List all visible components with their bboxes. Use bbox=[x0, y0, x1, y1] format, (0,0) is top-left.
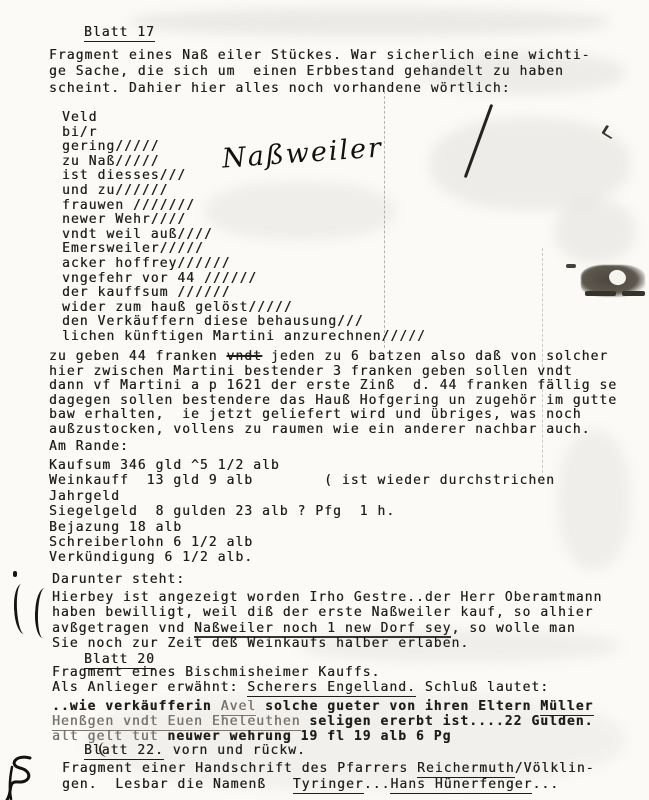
underlined-text: Tyringer bbox=[293, 777, 364, 794]
underlined-text: Hans Hünerfenger bbox=[390, 777, 532, 794]
text-segment: wider zum hauß gelöst///// bbox=[62, 300, 293, 315]
text-line: gen. Lesbar die Namenß Tyringer...Hans H… bbox=[62, 777, 595, 793]
text-segment: Hierbey ist angezeigt worden Irho Gestre… bbox=[52, 590, 602, 605]
text-segment: Schreiberlohn 6 1/2 alb bbox=[49, 535, 253, 550]
text-line: Schreiberlohn 6 1/2 alb bbox=[49, 535, 555, 550]
text-segment: frauwen /////// bbox=[62, 198, 195, 213]
text-segment: Sie noch zur Zeit deß Weinkaufs halber e… bbox=[52, 636, 469, 651]
scan-smudge-dash bbox=[566, 264, 576, 268]
margin-paren-mark bbox=[34, 588, 52, 639]
underlined-text: Blatt 17 bbox=[84, 25, 155, 42]
underlined-text: Reichermuth bbox=[417, 761, 515, 778]
heading-blatt-22: Blatt 22. vorn und rückw. bbox=[84, 743, 306, 758]
text-line: Sie noch zur Zeit deß Weinkaufs halber e… bbox=[52, 636, 602, 651]
text-line: haben bewilligt, weil diß der erste Naßw… bbox=[52, 605, 602, 620]
text-line: vndt weil auß//// bbox=[62, 228, 426, 243]
pfarrer-paragraph: Fragment einer Handschrift des Pfarrers … bbox=[62, 761, 595, 792]
text-segment: der kauffsum ////// bbox=[62, 285, 231, 300]
text-line: der kauffsum ////// bbox=[62, 286, 426, 301]
text-line: Emersweiler///// bbox=[62, 242, 426, 257]
struck-text: vndt bbox=[227, 349, 263, 364]
text-segment: zu Naß///// bbox=[62, 154, 160, 169]
text-segment: haben bewilligt, weil diß der erste Naßw… bbox=[52, 605, 593, 620]
text-segment: ge Sache, die sich um einen Erbbestand g… bbox=[49, 64, 564, 79]
text-line: Bejazung 18 alb bbox=[49, 520, 555, 535]
text-segment: Darunter steht: bbox=[52, 572, 185, 587]
text-segment: ..wie verkäufferin bbox=[52, 699, 221, 714]
text-segment: Kaufsum 346 gld ^5 1/2 alb bbox=[49, 458, 280, 473]
text-line: frauwen /////// bbox=[62, 199, 426, 214]
text-line: ..wie verkäufferin Avel solche gueter vo… bbox=[52, 699, 594, 714]
text-line: dann vf Martini a p 1621 der erste Zinß … bbox=[49, 379, 617, 394]
margin-ink-dot bbox=[13, 571, 17, 577]
text-line: ge Sache, die sich um einen Erbbestand g… bbox=[49, 64, 590, 80]
paper-stain bbox=[130, 8, 610, 36]
text-segment: hier zwischen Martini bestender 3 franke… bbox=[49, 364, 573, 379]
text-segment: Als Anlieger erwähnt: bbox=[52, 680, 247, 695]
text-segment: außzustocken, vollens zu raumen wie ein … bbox=[49, 422, 590, 437]
text-line: außzustocken, vollens zu raumen wie ein … bbox=[49, 423, 617, 438]
text-segment: Weinkauff 13 gld 9 alb ( ist wieder durc… bbox=[49, 473, 555, 488]
text-line: Blatt 22. vorn und rückw. bbox=[84, 743, 306, 758]
text-segment: jeden zu 6 batzen also daß von solcher bbox=[262, 349, 608, 364]
text-line: avßgetragen vnd Naßweiler noch 1 new Dor… bbox=[52, 621, 602, 636]
scan-smudge-bar bbox=[622, 291, 645, 296]
margin-paren-mark bbox=[13, 584, 32, 635]
text-line: Kaufsum 346 gld ^5 1/2 alb bbox=[49, 458, 555, 473]
text-line: Darunter steht: bbox=[52, 572, 185, 587]
text-line: newer Wehr//// bbox=[62, 213, 426, 228]
text-segment: Emersweiler///// bbox=[62, 241, 204, 256]
margin-costs-list: Kaufsum 346 gld ^5 1/2 albWeinkauff 13 g… bbox=[49, 458, 555, 566]
text-segment: gering///// bbox=[62, 139, 160, 154]
darunter-label: Darunter steht: bbox=[52, 572, 185, 587]
text-line: scheint. Dahier hier alles noch vorhande… bbox=[49, 81, 590, 97]
text-segment: vndt weil auß//// bbox=[62, 227, 213, 242]
text-segment: Am Rande: bbox=[49, 439, 129, 454]
scan-smudge-bar bbox=[585, 291, 616, 296]
text-line: Weinkauff 13 gld 9 alb ( ist wieder durc… bbox=[49, 473, 555, 488]
text-segment: Siegelgeld 8 gulden 23 alb ? Pfg 1 h. bbox=[49, 504, 395, 519]
text-line: Als Anlieger erwähnt: Scherers Engelland… bbox=[52, 681, 549, 696]
text-segment: avßgetragen vnd bbox=[52, 621, 194, 636]
text-segment: gen. Lesbar die Namenß bbox=[62, 777, 293, 792]
text-segment: vorn und rückw. bbox=[164, 743, 306, 758]
oberamtmann-note-paragraph: Hierbey ist angezeigt worden Irho Gestre… bbox=[52, 590, 602, 652]
text-line: Verkündigung 6 1/2 alb. bbox=[49, 550, 555, 565]
text-segment: Veld bbox=[62, 110, 98, 125]
text-segment: Fragment eines Naß eiler Stückes. War si… bbox=[49, 48, 590, 63]
text-line: Fragment eines Naß eiler Stückes. War si… bbox=[49, 48, 590, 64]
text-segment: Jahrgeld bbox=[49, 489, 120, 504]
text-segment: und zu////// bbox=[62, 183, 169, 198]
underlined-text: Scherers Engelland. bbox=[247, 680, 416, 697]
paper-stain bbox=[555, 200, 635, 262]
text-line: Henßgen vndt Euen Eheleuthen seligen ere… bbox=[52, 714, 594, 729]
text-segment: newer Wehr//// bbox=[62, 212, 186, 227]
kauf-paragraph: ..wie verkäufferin Avel solche gueter vo… bbox=[52, 699, 594, 745]
text-segment: Verkündigung 6 1/2 alb. bbox=[49, 550, 253, 565]
text-segment: vngefehr vor 44 ////// bbox=[62, 271, 257, 286]
text-segment: /Völklin- bbox=[515, 761, 595, 776]
text-segment: lichen künftigen Martini anzurechnen////… bbox=[62, 329, 426, 344]
text-line: Fragment eines Bischmisheimer Kauffs. bbox=[52, 666, 549, 681]
terms-paragraph: zu geben 44 franken vndt jeden zu 6 batz… bbox=[49, 350, 617, 437]
scanned-document-page: Blatt 17 Fragment eines Naß eiler Stücke… bbox=[0, 0, 649, 800]
paper-stain bbox=[558, 430, 630, 570]
heading-blatt-17: Blatt 17 bbox=[84, 25, 155, 40]
text-segment: zu geben 44 franken bbox=[49, 349, 227, 364]
bischmisheim-lines: Fragment eines Bischmisheimer Kauffs.Als… bbox=[52, 666, 549, 696]
text-segment: ... bbox=[532, 777, 559, 792]
text-line: Hierbey ist angezeigt worden Irho Gestre… bbox=[52, 590, 602, 605]
text-segment: ist diesses/// bbox=[62, 168, 186, 183]
text-line: lichen künftigen Martini anzurechnen////… bbox=[62, 330, 426, 345]
text-segment: seligen ererbt ist....22 Gulden. bbox=[301, 714, 594, 729]
text-line: Jahrgeld bbox=[49, 489, 555, 504]
underlined-text: Blatt 22. bbox=[84, 743, 164, 760]
text-line: baw erhalten, ie jetzt geliefert wird un… bbox=[49, 408, 617, 423]
intro-paragraph: Fragment eines Naß eiler Stückes. War si… bbox=[49, 48, 590, 97]
text-segment: baw erhalten, ie jetzt geliefert wird un… bbox=[49, 407, 582, 422]
text-line: acker hoffrey////// bbox=[62, 257, 426, 272]
text-segment: den Verkäuffern diese behausung/// bbox=[62, 314, 364, 329]
text-line: hier zwischen Martini bestender 3 franke… bbox=[49, 365, 617, 380]
text-line: Veld bbox=[62, 111, 426, 126]
text-line: den Verkäuffern diese behausung/// bbox=[62, 315, 426, 330]
am-rande-label: Am Rande: bbox=[49, 439, 129, 454]
text-segment: solche gueter von ihren Eltern bbox=[256, 699, 540, 714]
text-segment: acker hoffrey////// bbox=[62, 256, 231, 271]
text-line: zu geben 44 franken vndt jeden zu 6 batz… bbox=[49, 350, 617, 365]
text-line: vngefehr vor 44 ////// bbox=[62, 272, 426, 287]
text-segment: , so wolle man bbox=[451, 621, 575, 636]
text-line: Siegelgeld 8 gulden 23 alb ? Pfg 1 h. bbox=[49, 504, 555, 519]
text-segment: Fragment einer Handschrift des Pfarrers bbox=[62, 761, 417, 776]
text-segment: dann vf Martini a p 1621 der erste Zinß … bbox=[49, 378, 617, 393]
text-segment: scheint. Dahier hier alles noch vorhande… bbox=[49, 81, 511, 96]
text-segment: bi/r bbox=[62, 125, 98, 140]
text-line: und zu////// bbox=[62, 184, 426, 199]
text-segment: ... bbox=[364, 777, 391, 792]
text-line: Am Rande: bbox=[49, 439, 129, 454]
text-segment: Schluß lautet: bbox=[416, 680, 549, 695]
text-segment: Fragment eines Bischmisheimer Kauffs. bbox=[52, 665, 380, 680]
text-line: Blatt 17 bbox=[84, 25, 155, 40]
text-line: dagegen sollen bestendere das Hauß Hofge… bbox=[49, 394, 617, 409]
text-line: Fragment einer Handschrift des Pfarrers … bbox=[62, 761, 595, 777]
text-segment: dagegen sollen bestendere das Hauß Hofge… bbox=[49, 393, 617, 408]
text-line: wider zum hauß gelöst///// bbox=[62, 301, 426, 316]
margin-scribble-mark bbox=[0, 753, 40, 800]
text-segment: Bejazung 18 alb bbox=[49, 520, 182, 535]
paper-stain bbox=[430, 118, 630, 210]
